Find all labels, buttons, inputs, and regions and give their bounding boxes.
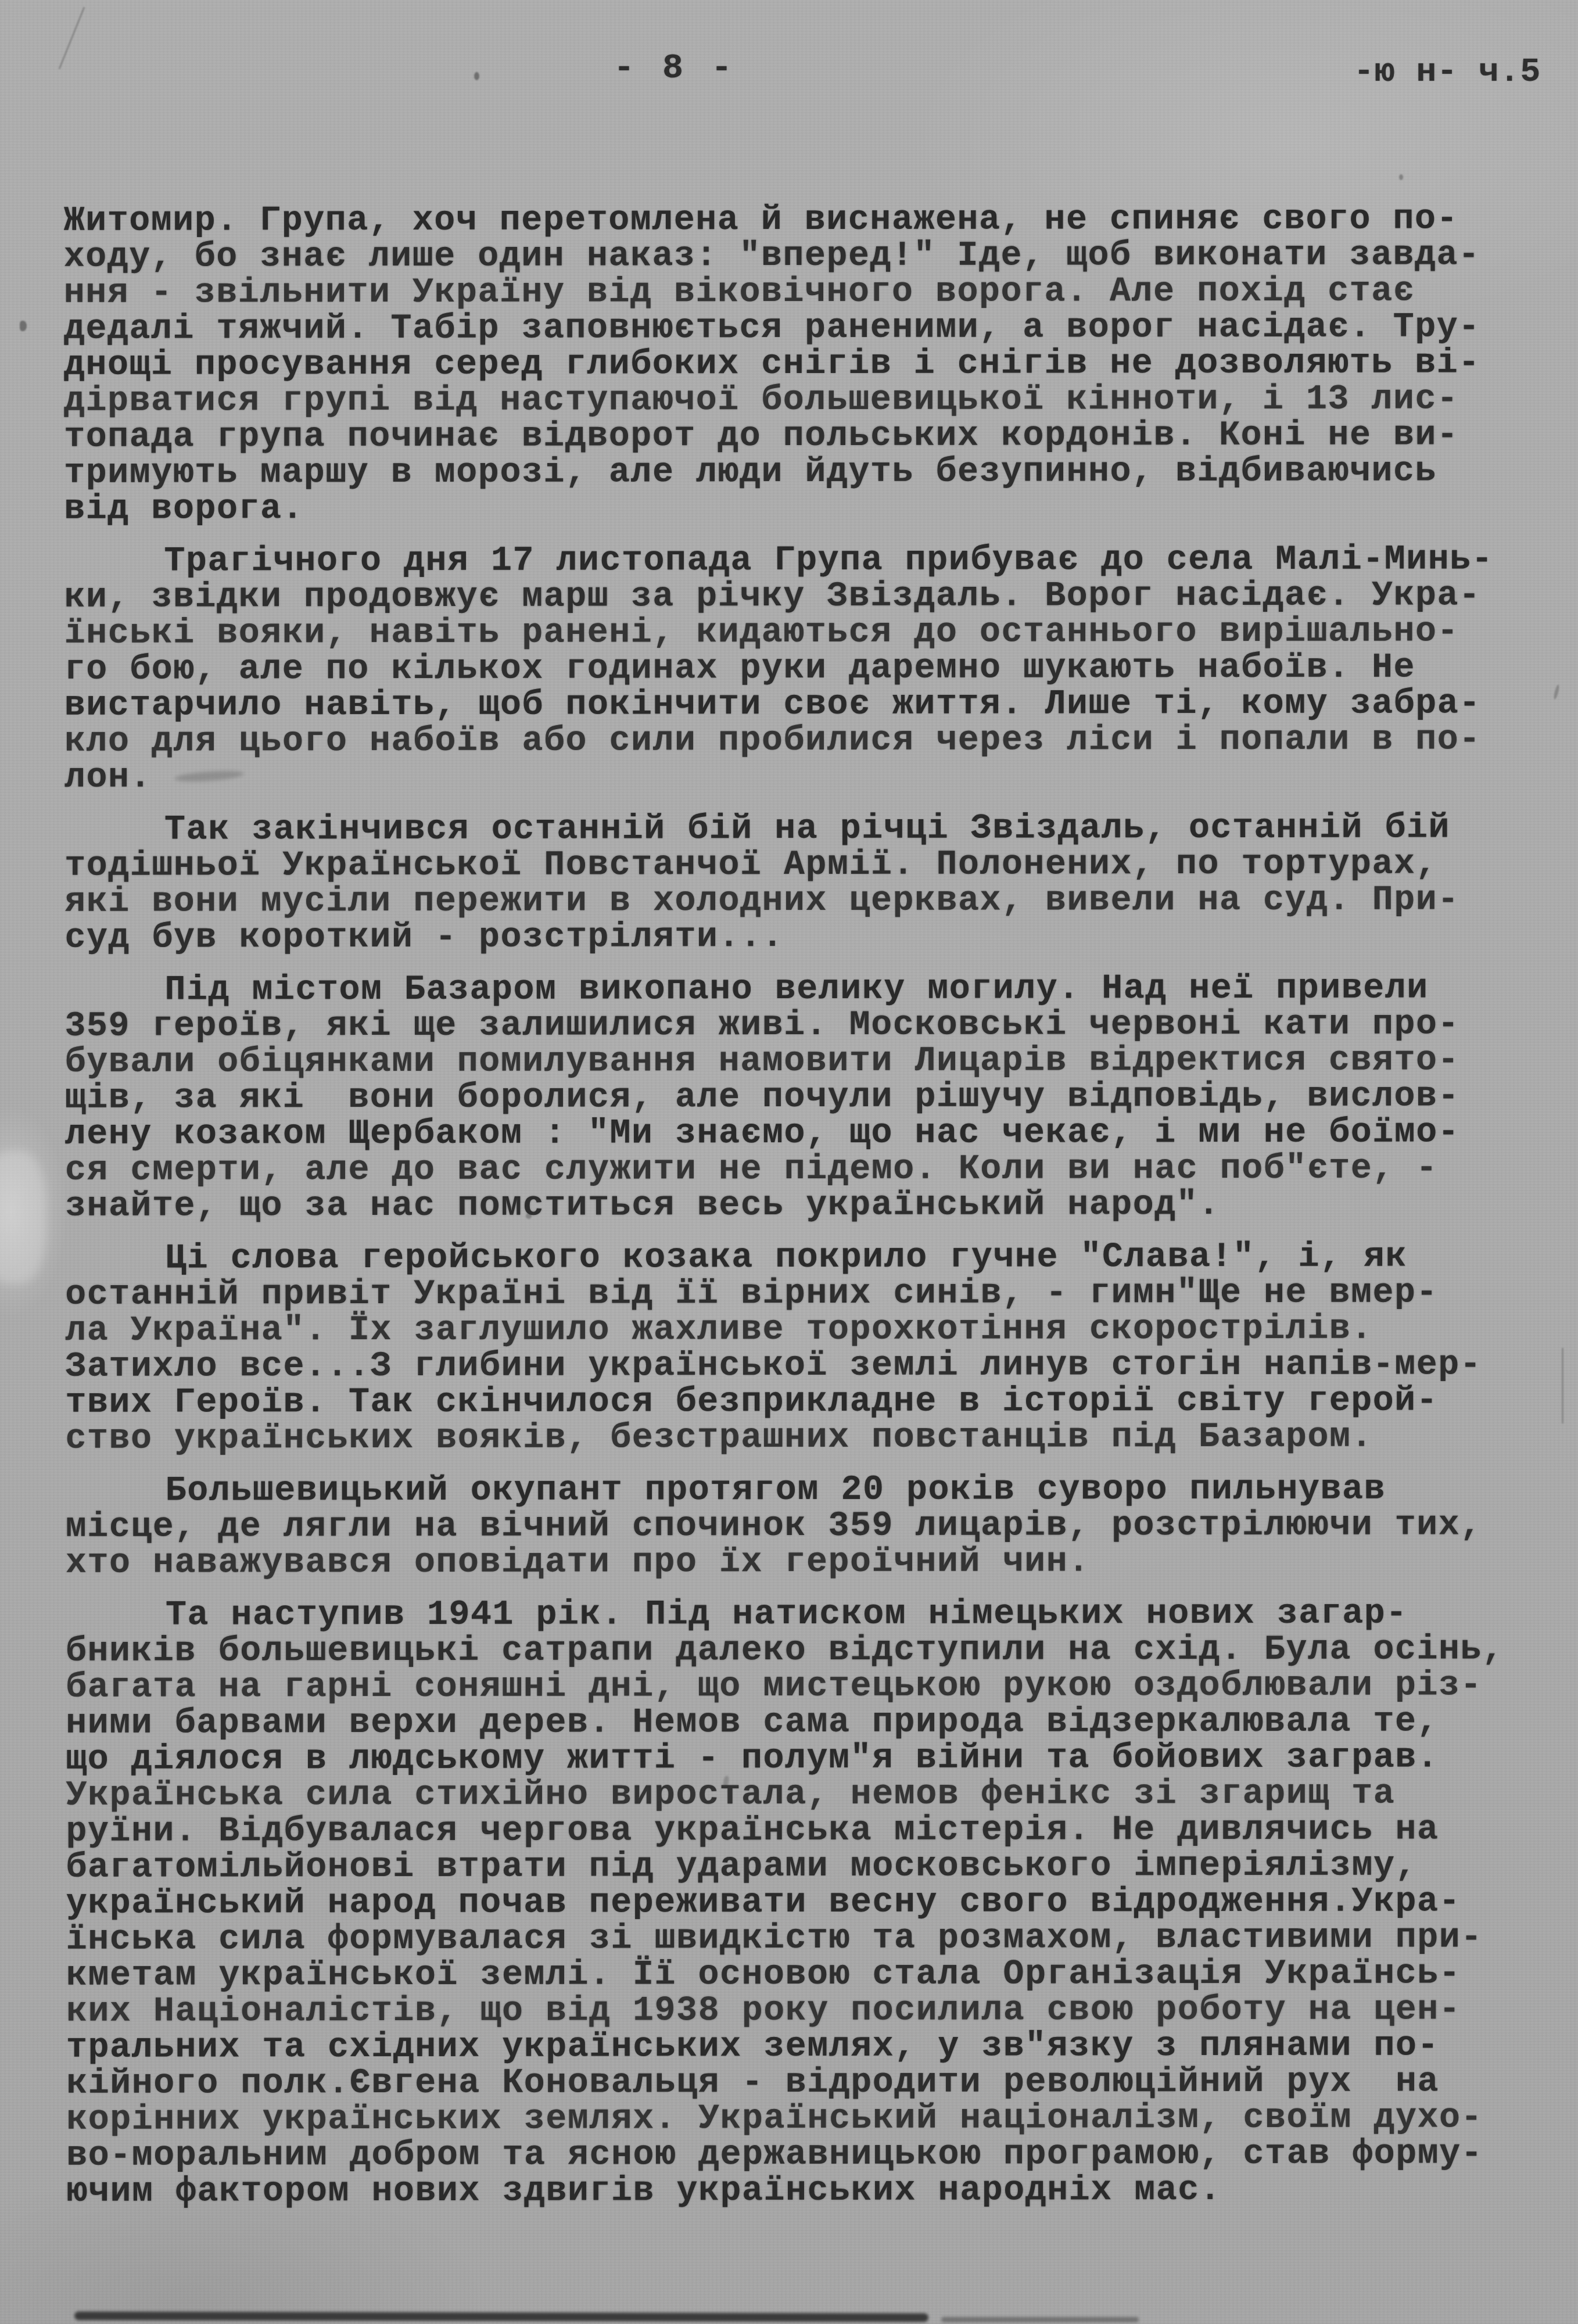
paragraph: Трагічного дня 17 листопада Група прибув…: [64, 541, 1552, 796]
text-line: го бою, але по кількох годинах руки даре…: [64, 650, 1552, 688]
text-line: бували обіцянками помилування намовити Л…: [65, 1042, 1552, 1081]
text-line: Ці слова геройського козака покрило гучн…: [65, 1239, 1552, 1277]
text-line: місце, де лягли на вічний спочинок 359 л…: [66, 1507, 1553, 1545]
text-line: кло для цього набоїв або сили пробилися …: [64, 722, 1552, 760]
text-line: ходу, бо знає лише один наказ: "вперед!"…: [64, 237, 1551, 275]
text-line: суд був короткий - розстріляти...: [64, 918, 1552, 956]
text-line: від ворога.: [64, 489, 1551, 528]
paragraph: Під містом Базаром викопано велику могил…: [64, 970, 1552, 1225]
page-number: - 8 -: [614, 49, 736, 88]
text-line: щів, за які вони боролися, але почули рі…: [65, 1078, 1552, 1117]
text-line: які вони мусіли пережити в холодних церк…: [64, 882, 1552, 920]
document-body: Житомир. Група, хоч перетомлена й виснаж…: [64, 201, 1554, 2210]
text-line: во-моральним добром та ясною державницьк…: [66, 2136, 1554, 2174]
text-line: топада група починає відворот до польськ…: [64, 417, 1551, 456]
text-line: хто наважувався оповідати про їх героїчн…: [66, 1543, 1553, 1581]
paragraph: Та наступив 1941 рік. Під натиском німец…: [66, 1595, 1554, 2210]
text-line: ними барвами верхи дерев. Немов сама при…: [66, 1703, 1553, 1742]
text-line: їнська сила формувалася зі швидкістю та …: [66, 1920, 1554, 1958]
text-line: ла Україна". Їх заглушило жахливе торохк…: [65, 1311, 1552, 1349]
text-layer: - 8 - -ю н- ч.5 Житомир. Група, хоч пере…: [0, 0, 1578, 2324]
text-line: ся смерти, але до вас служити не підемо.…: [65, 1150, 1552, 1189]
text-line: останній привіт Україні від її вірних си…: [65, 1275, 1552, 1313]
text-line: український народ почав переживати весну…: [66, 1884, 1554, 1922]
document-reference: -ю н- ч.5: [1354, 53, 1541, 91]
text-line: Та наступив 1941 рік. Під натиском німец…: [66, 1595, 1553, 1634]
text-line: тримують маршу в морозі, але люди йдуть …: [64, 453, 1551, 492]
text-line: що діялося в людському житті - полум"я в…: [66, 1740, 1553, 1778]
text-line: тральних та східних українських землях, …: [66, 2028, 1554, 2066]
text-line: днощі просування серед глибоких снігів і…: [64, 345, 1551, 383]
text-line: тодішньої Української Повстанчої Армії. …: [64, 846, 1552, 884]
text-line: 359 героїв, які ще залишилися живі. Моск…: [65, 1006, 1552, 1045]
paragraph: Ці слова геройського козака покрило гучн…: [65, 1239, 1553, 1457]
text-line: кійного полк.Євгена Коновальця - відроди…: [66, 2064, 1554, 2102]
text-line: їнські вояки, навіть ранені, кидаються д…: [64, 614, 1552, 652]
text-line: Житомир. Група, хоч перетомлена й виснаж…: [64, 201, 1551, 239]
paragraph: Житомир. Група, хоч перетомлена й виснаж…: [64, 201, 1552, 528]
text-line: Затихло все...З глибини української земл…: [65, 1347, 1552, 1385]
text-line: дірватися групі від наступаючої большеви…: [64, 381, 1551, 419]
paragraph: Так закінчився останній бій на річці Зві…: [64, 810, 1552, 956]
text-line: багата на гарні соняшні дні, що мистецьк…: [66, 1667, 1553, 1706]
text-line: знайте, що за нас помститься весь україн…: [65, 1186, 1552, 1225]
text-line: ння - звільнити Україну від віковічного …: [64, 273, 1551, 311]
text-line: ство українських вояків, безстрашних пов…: [66, 1419, 1553, 1457]
text-line: багатомільйонові втрати під ударами моск…: [66, 1848, 1554, 1886]
text-line: кметам української землі. Її основою ста…: [66, 1956, 1554, 1994]
text-line: ючим фактором нових здвигів українських …: [66, 2172, 1554, 2210]
text-line: корінних українських землях. Український…: [66, 2100, 1554, 2138]
text-line: Трагічного дня 17 листопада Група прибув…: [64, 541, 1551, 580]
text-line: лон.: [64, 758, 1552, 796]
text-line: лену козаком Щербаком : "Ми знаємо, що н…: [65, 1114, 1552, 1153]
text-line: Большевицький окупант протягом 20 років …: [66, 1471, 1553, 1509]
text-line: дедалі тяжчий. Табір заповнюється ранени…: [64, 309, 1551, 347]
paragraph: Большевицький окупант протягом 20 років …: [66, 1471, 1553, 1581]
text-line: ки, звідки продовжує марш за річку Звізд…: [64, 578, 1551, 616]
text-line: твих Героїв. Так скінчилося безприкладне…: [65, 1383, 1552, 1421]
text-line: руїни. Відбувалася чергова українська мі…: [66, 1812, 1553, 1850]
text-line: Під містом Базаром викопано велику могил…: [64, 970, 1552, 1009]
text-line: вистарчило навіть, щоб покінчити своє жи…: [64, 686, 1552, 724]
text-line: бників большевицькі сатрапи далеко відст…: [66, 1631, 1553, 1670]
text-line: ких Націоналістів, що від 1938 року поси…: [66, 1992, 1554, 2030]
document-page: - 8 - -ю н- ч.5 Житомир. Група, хоч пере…: [0, 0, 1578, 2324]
text-line: Українська сила стихійно виростала, немо…: [66, 1776, 1553, 1814]
text-line: Так закінчився останній бій на річці Зві…: [64, 810, 1552, 848]
